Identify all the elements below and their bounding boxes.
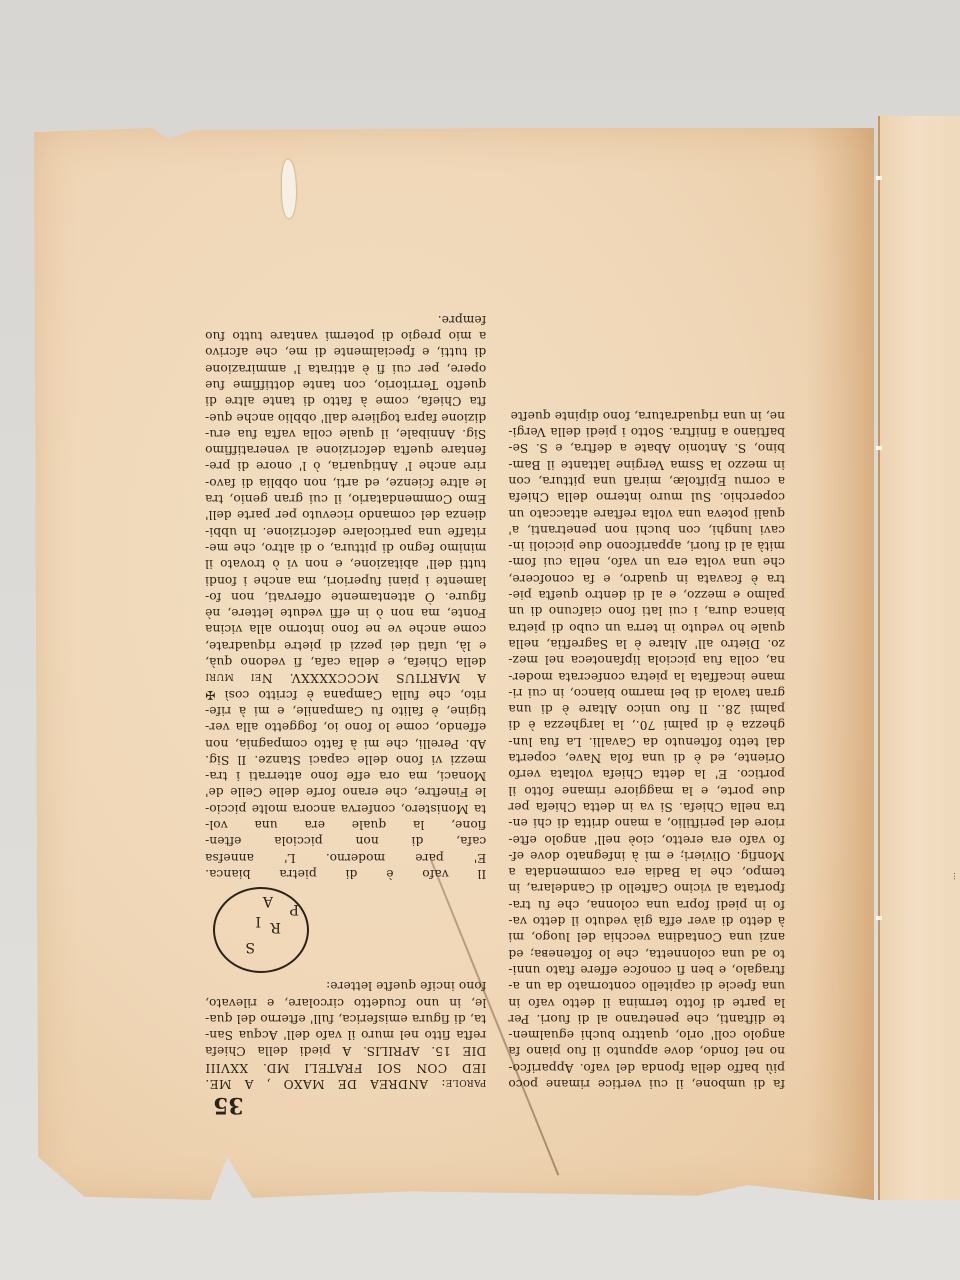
text-line: fempre. bbox=[205, 312, 486, 328]
text-line: no nel fondo, dove appunto il fuo piano … bbox=[508, 1043, 785, 1059]
text-line: le Fineftre, che erano forfe delle Celle… bbox=[205, 784, 486, 800]
text-line: quale ho veduto in terra un cubo di piet… bbox=[508, 619, 785, 635]
text-line: tra nella Chiefa. Si va in detta Chiefa … bbox=[508, 799, 785, 815]
text-line: bianca dura, i cui lati fono ciafcuno di… bbox=[508, 603, 785, 619]
text-line: due porte, e la maggiore rimane fotto il bbox=[508, 782, 785, 798]
adjacent-page bbox=[878, 116, 960, 1200]
text-line: tempo, che la Badia era commendata a bbox=[508, 864, 785, 880]
text-line: effendo, come lo fono io, foggetto alla … bbox=[205, 719, 486, 735]
text-line: la parte di fotto termina il detto vafo … bbox=[508, 994, 785, 1010]
binding-stitch bbox=[876, 916, 882, 920]
text-line: riore del periftilio, a mano dritta di c… bbox=[508, 815, 785, 831]
text-line: A MARTIUS MCCCXXXXV. Nei muri bbox=[205, 670, 486, 686]
text-line: fione, la quale era una vol- bbox=[205, 817, 486, 833]
text-line: lamente i piani fuperiori, ma anche i fo… bbox=[205, 572, 486, 588]
text-line: ritaffe una particolare defcrizione. In … bbox=[205, 523, 486, 539]
text-line: come anche ve ne fono intorno alla vicin… bbox=[205, 621, 486, 637]
text-line: à detto di aver effa già veduto il detto… bbox=[508, 913, 785, 929]
text-line: palmo e mezzo, e al di dentro quefta pie… bbox=[508, 587, 785, 603]
text-column-right: parole: ANDREA DE MAXO , A ME.IED CON SO… bbox=[205, 312, 486, 1092]
text-line: dal tetto foftenuto da Cavalli. La fua l… bbox=[508, 733, 785, 749]
page-header: 35 bbox=[205, 1092, 785, 1118]
text-line: di tutti, e fpecialmente di me, che afcr… bbox=[205, 344, 486, 360]
page-number: 35 bbox=[213, 1092, 244, 1118]
text-line: IED CON SOI FRATELI MD. XXVIII bbox=[205, 1059, 486, 1075]
text-line: E' pare moderno. L' annefsa bbox=[205, 849, 486, 865]
text-line: dizione fapra togliere dall' obblio anch… bbox=[205, 409, 486, 425]
text-line: quali poteva una volta reftare attaccato… bbox=[508, 505, 785, 521]
text-line: e là, ufati dei pezzi di pietre riquadra… bbox=[205, 637, 486, 653]
text-line: ta, di figura emisferica, full' efterno … bbox=[205, 1011, 486, 1027]
text-line: ta Monistero, conferva ancora molte picc… bbox=[205, 800, 486, 816]
text-line: cafa, di non picciola eften- bbox=[205, 833, 486, 849]
text-line: a mio pregio di potermi vantare tutto fu… bbox=[205, 328, 486, 344]
text-line: na, colla fua picciola lipfanoteca nel m… bbox=[508, 652, 785, 668]
seal-letter: A bbox=[263, 893, 273, 909]
text-line: figure. Ò attentamente offervati, non fo… bbox=[205, 589, 486, 605]
text-line: portico. E' la detta Chiefa voltata verf… bbox=[508, 766, 785, 782]
text-line: più baffo della fponda del vafo. Apparif… bbox=[508, 1059, 785, 1075]
page-text-block: 35 fa di umbone, il cui vertice rimane p… bbox=[205, 478, 785, 1118]
text-line: tutti dell' abitazione, e non vi ò trova… bbox=[205, 556, 486, 572]
text-line: angolo coll' orlo, quattro buchi egualme… bbox=[508, 1027, 785, 1043]
text-line: opere, per cui fi è attirata l' ammirazi… bbox=[205, 360, 486, 376]
text-line: Sig. Annibale, il quale colla vafta fua … bbox=[205, 426, 486, 442]
text-line: Fonte, ma non ò in effi vedute lettere, … bbox=[205, 605, 486, 621]
text-line: fono incife quefte lettere: bbox=[205, 978, 486, 994]
text-line: mezzi vi fono delle capaci Stanze. Il Si… bbox=[205, 752, 486, 768]
seal-letter: P bbox=[289, 901, 299, 917]
text-line: fta Chiefa, come à fatto di tante altre … bbox=[205, 393, 486, 409]
text-line: tigine, è falito fu Campanile, e mi à ri… bbox=[205, 703, 486, 719]
text-line: rire anche l' Antiquaria, ò l' onore di … bbox=[205, 458, 486, 474]
text-line: bino, S. Antonio Abate a deftra, e S. Se… bbox=[508, 440, 785, 456]
text-line: fa di umbone, il cui vertice rimane poco bbox=[508, 1076, 785, 1092]
text-line: mane incaffata la pietra confecrata mode… bbox=[508, 668, 785, 684]
text-line: dienza del comando ricevuto per parte de… bbox=[205, 507, 486, 523]
text-line: Oriente, ed è di una fola Nave, coperta bbox=[508, 750, 785, 766]
text-line: ftragalo, e ben fi conofce effere ftato … bbox=[508, 962, 785, 978]
text-line: a cornu Epiftolæ, mirafi una pittura, co… bbox=[508, 473, 785, 489]
text-line: parole: ANDREA DE MAXO , A ME. bbox=[205, 1076, 486, 1092]
inscription-seal: PARIS bbox=[205, 882, 486, 978]
seal-letter: R bbox=[270, 919, 281, 935]
text-line: gran tavola di bel marmo bianco, in cui … bbox=[508, 685, 785, 701]
text-line: refta fitto nel muro il vafo dell' Acqua… bbox=[205, 1027, 486, 1043]
text-line: Monaci, ma ora effe fono atterrati i tra… bbox=[205, 768, 486, 784]
text-line: fportata al vicino Caftello di Candelara… bbox=[508, 880, 785, 896]
text-line: Emo Commendatario, il cui gran genio, tr… bbox=[205, 491, 486, 507]
binding-stitch bbox=[876, 446, 882, 450]
text-line: quefto Territorio, con tante dottiffime … bbox=[205, 377, 486, 393]
seal-ring: PARIS bbox=[213, 887, 309, 973]
text-line: della Chiefa, e della cafa, fi vedono qu… bbox=[205, 654, 486, 670]
seal-letter: S bbox=[245, 939, 255, 955]
text-line: rito, che fulla Campana è fcritto così ✠ bbox=[205, 686, 486, 702]
text-line: fentare quefta defcrizione al veneratiff… bbox=[205, 442, 486, 458]
text-line: coperchio. Sul muro interno della Chiefa bbox=[508, 489, 785, 505]
text-line: le altre fcienze, ed arti, non obblia di… bbox=[205, 475, 486, 491]
adjacent-page-text-fragment: ... bbox=[948, 760, 958, 880]
text-line: anzi una Contadina vecchia del luogo, mi bbox=[508, 929, 785, 945]
text-line: ghezza è di palmi 70., la larghezza è di bbox=[508, 717, 785, 733]
text-line: te diftanti, che penetrano al di fuori. … bbox=[508, 1011, 785, 1027]
text-line: DIE 15. APRILIS. A piedi della Chiefa bbox=[205, 1043, 486, 1059]
text-line: le, in uno fcudetto circolare, e rilevat… bbox=[205, 994, 486, 1010]
text-line: Ab. Perelli, che mi à fatto compagnia, n… bbox=[205, 735, 486, 751]
text-line: in mezzo la Ssma Vergine lattante il Bam… bbox=[508, 456, 785, 472]
text-line: palmi 28.. Il fuo unico Altare è di una bbox=[508, 701, 785, 717]
text-line: una fpecie di capitello contornato da un… bbox=[508, 978, 785, 994]
text-line: minimo fegno di pittura, o di altro, che… bbox=[205, 540, 486, 556]
text-line: baftiano a finiftra. Sotto i piedi della… bbox=[508, 424, 785, 440]
text-line: zo. Dietro all' Altare è la Sagreftia, n… bbox=[508, 636, 785, 652]
binding-stitch bbox=[876, 176, 882, 180]
text-line: cavi lunghi, con buchi non penetranti, a… bbox=[508, 522, 785, 538]
text-line: fo in piedi fopra una colonna, che fu tr… bbox=[508, 896, 785, 912]
text-line: Il vafo è di pietra bianca. bbox=[205, 866, 486, 882]
seal-letter: I bbox=[255, 913, 261, 929]
text-line: mità al di fuori, apparifcono due piccio… bbox=[508, 538, 785, 554]
text-line: to ad una colonnetta, che lo foftenева; … bbox=[508, 945, 785, 961]
text-column-left: fa di umbone, il cui vertice rimane poco… bbox=[508, 312, 785, 1092]
text-line: tra è fcavata in quadro, e fa conofcere, bbox=[508, 571, 785, 587]
text-line: Monfig. Olivieri; e mi à infegnato dove … bbox=[508, 848, 785, 864]
text-line: fo vafo era eretto, cioè nell' angolo ef… bbox=[508, 831, 785, 847]
text-line: che una volta era un vafo, nella cui fom… bbox=[508, 554, 785, 570]
text-line: ne, in una riquadratura, fono dipinte qu… bbox=[508, 408, 785, 424]
text-columns: fa di umbone, il cui vertice rimane poco… bbox=[205, 312, 785, 1092]
